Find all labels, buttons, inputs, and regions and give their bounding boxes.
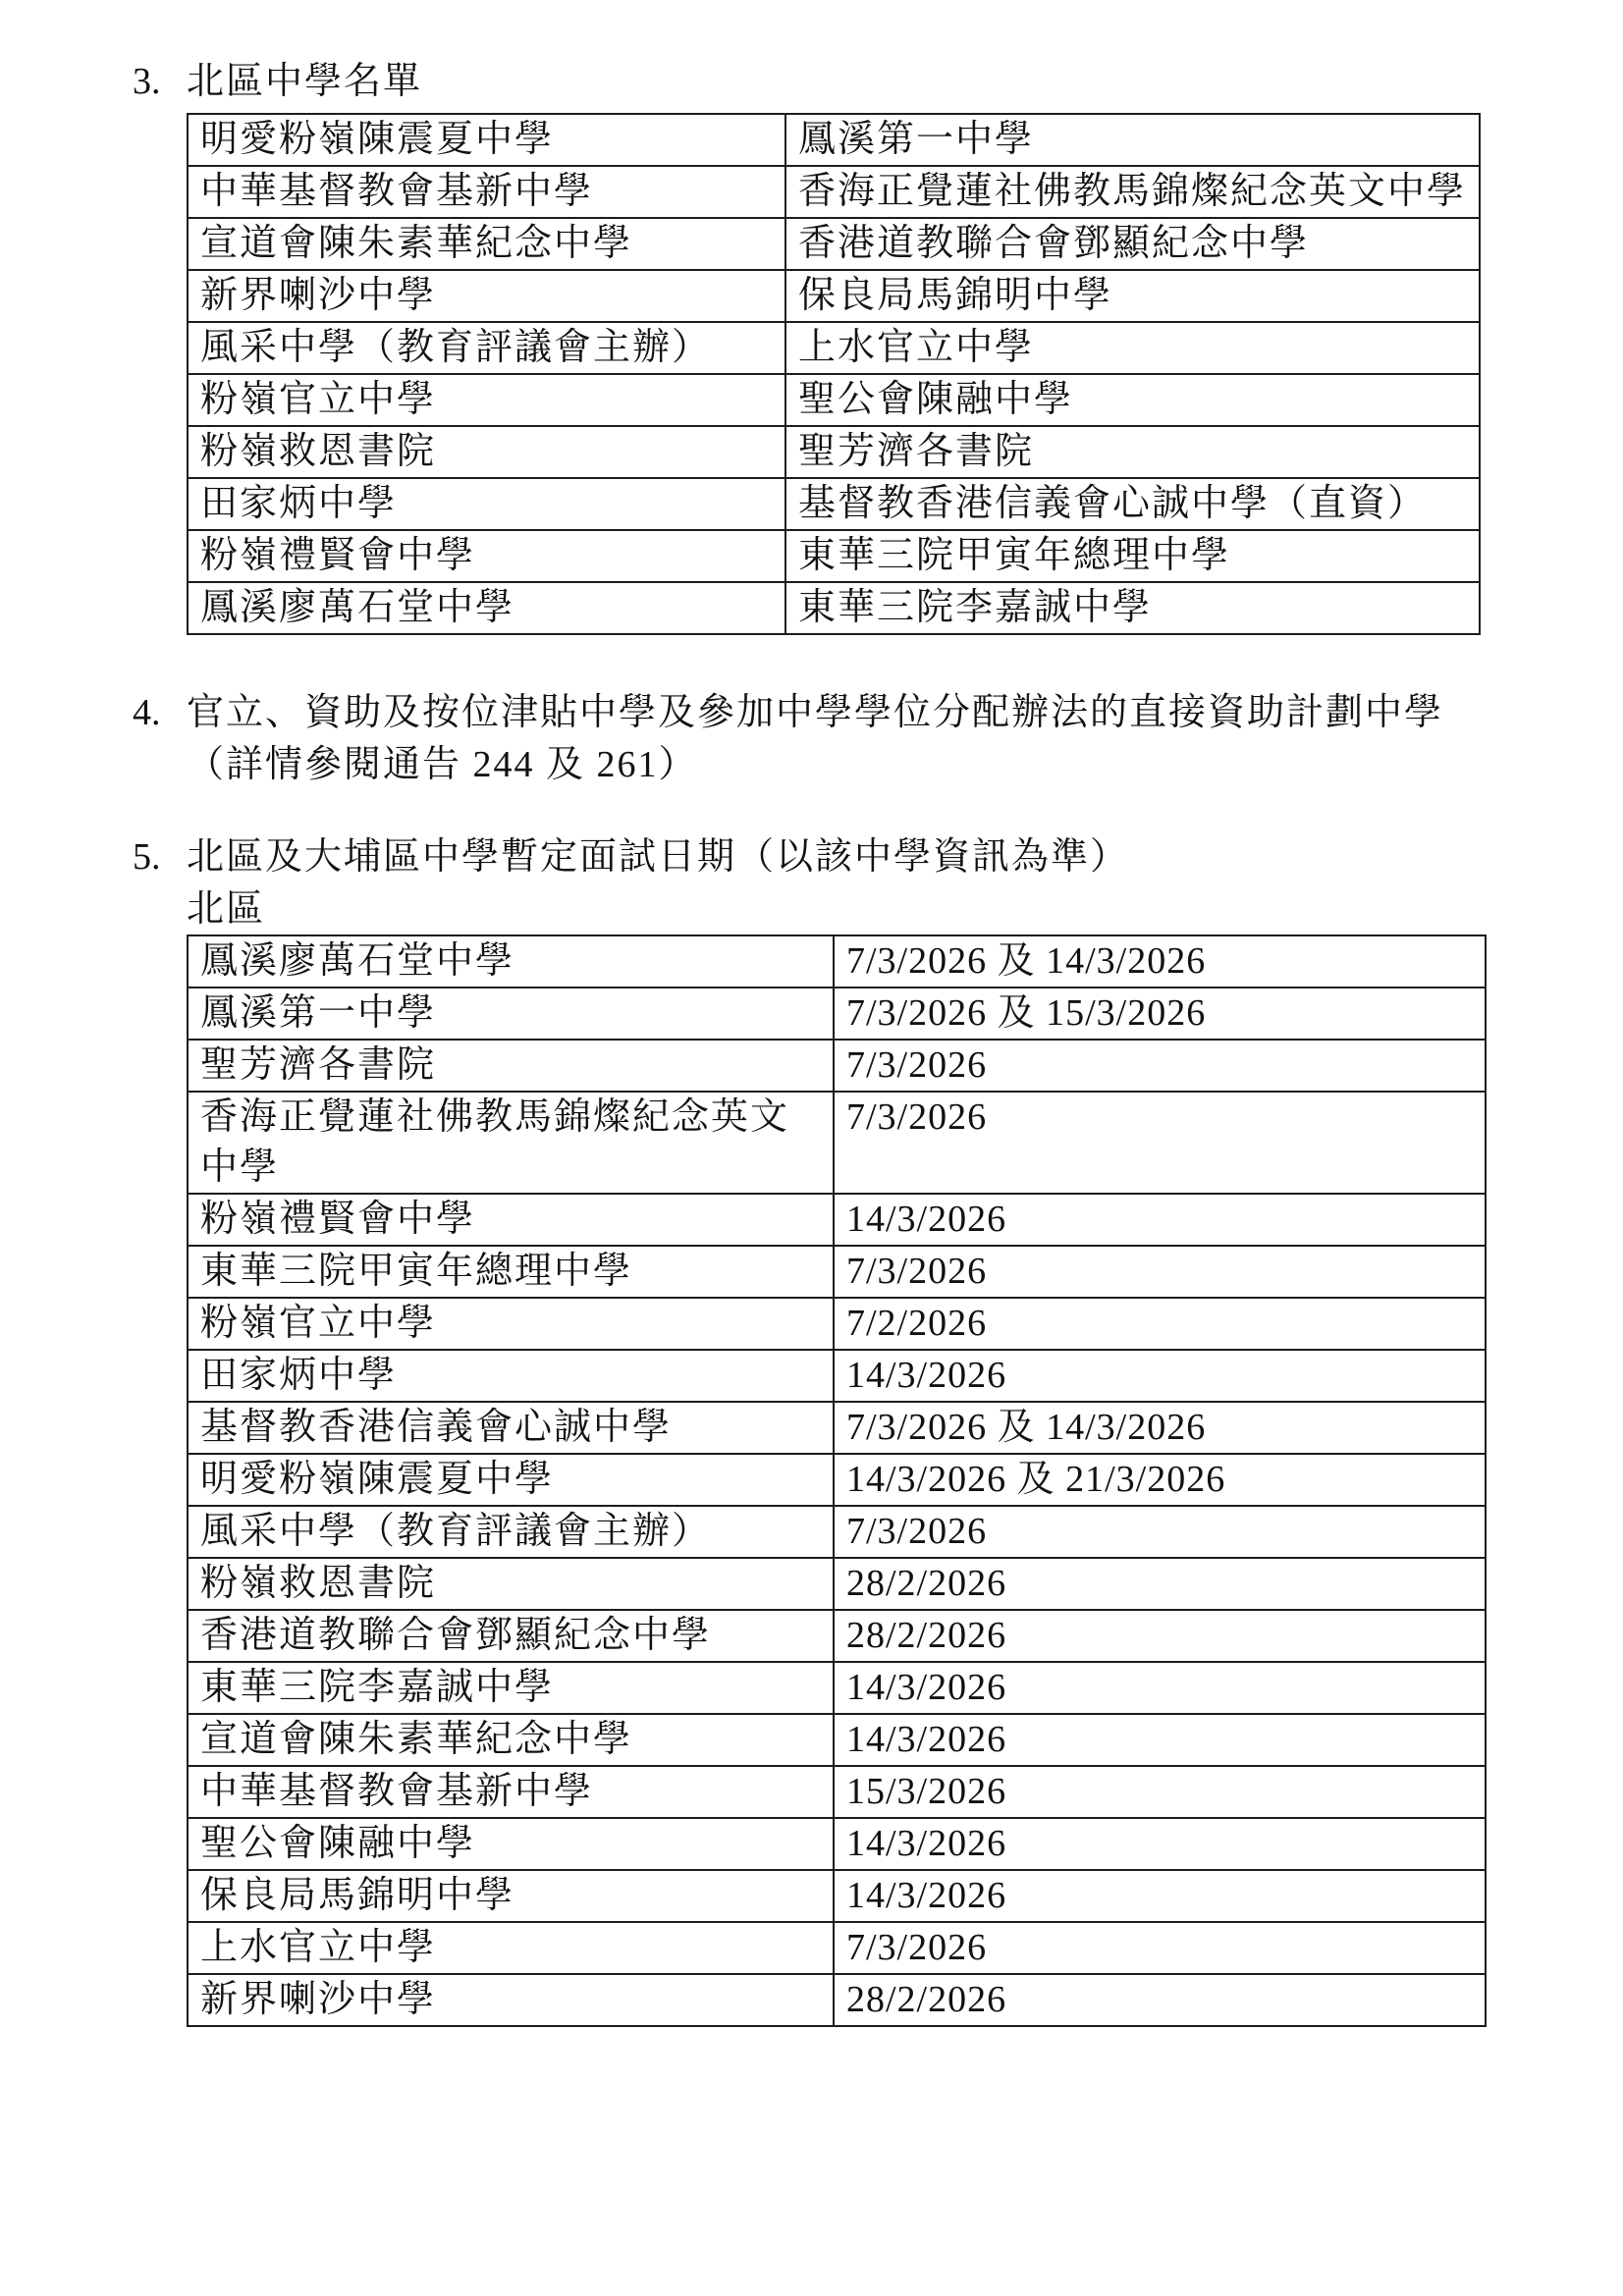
interview-date-cell: 7/3/2026 及 14/3/2026 [834, 935, 1486, 988]
region-label: 北區 [187, 883, 1623, 934]
section-4-paragraph: 4. 官立、資助及按位津貼中學及參加中學學位分配辦法的直接資助計劃中學 （詳情參… [0, 687, 1623, 791]
interview-date-cell: 14/3/2026 [834, 1714, 1486, 1766]
school-name-cell: 粉嶺禮賢會中學 [188, 1194, 834, 1246]
document-page: 3. 北區中學名單 明愛粉嶺陳震夏中學鳳溪第一中學中華基督教會基新中學香海正覺蓮… [0, 0, 1623, 2296]
school-name-cell: 基督教香港信義會心誠中學 [188, 1402, 834, 1454]
table-row: 上水官立中學7/3/2026 [188, 1922, 1486, 1974]
school-name-cell: 上水官立中學 [785, 322, 1480, 374]
school-name-cell: 聖芳濟各書院 [188, 1040, 834, 1092]
table-row: 香港道教聯合會鄧顯紀念中學28/2/2026 [188, 1610, 1486, 1662]
school-name-cell: 香海正覺蓮社佛教馬錦燦紀念英文中學 [785, 166, 1480, 218]
interview-date-cell: 14/3/2026 [834, 1662, 1486, 1714]
section-4-line-1: 官立、資助及按位津貼中學及參加中學學位分配辦法的直接資助計劃中學 [187, 687, 1623, 739]
interview-date-cell: 14/3/2026 及 21/3/2026 [834, 1454, 1486, 1506]
school-name-cell: 粉嶺救恩書院 [188, 426, 785, 478]
section-5-number: 5. [133, 831, 187, 883]
school-name-cell: 新界喇沙中學 [188, 1974, 834, 2026]
table-row: 鳳溪第一中學7/3/2026 及 15/3/2026 [188, 988, 1486, 1040]
school-name-cell: 粉嶺官立中學 [188, 374, 785, 426]
table-row: 粉嶺禮賢會中學14/3/2026 [188, 1194, 1486, 1246]
interview-dates-table: 鳳溪廖萬石堂中學7/3/2026 及 14/3/2026鳳溪第一中學7/3/20… [187, 934, 1487, 2027]
school-name-cell: 中華基督教會基新中學 [188, 1766, 834, 1818]
interview-date-cell: 28/2/2026 [834, 1610, 1486, 1662]
table-row: 聖芳濟各書院7/3/2026 [188, 1040, 1486, 1092]
school-name-cell: 聖公會陳融中學 [188, 1818, 834, 1870]
section-4-number: 4. [133, 687, 187, 739]
school-name-cell: 上水官立中學 [188, 1922, 834, 1974]
school-name-cell: 保良局馬錦明中學 [785, 270, 1480, 322]
section-3-number: 3. [133, 56, 187, 108]
school-name-cell: 粉嶺救恩書院 [188, 1558, 834, 1610]
interview-date-cell: 7/3/2026 [834, 1246, 1486, 1298]
school-name-cell: 東華三院甲寅年總理中學 [188, 1246, 834, 1298]
interview-date-cell: 28/2/2026 [834, 1558, 1486, 1610]
school-name-cell: 鳳溪第一中學 [785, 114, 1480, 166]
interview-date-cell: 7/3/2026 [834, 1040, 1486, 1092]
school-name-cell: 鳳溪第一中學 [188, 988, 834, 1040]
interview-date-cell: 7/3/2026 [834, 1506, 1486, 1558]
interview-date-cell: 14/3/2026 [834, 1870, 1486, 1922]
interview-date-cell: 7/3/2026 及 15/3/2026 [834, 988, 1486, 1040]
section-3-title: 北區中學名單 [187, 56, 1623, 108]
interview-date-cell: 7/3/2026 [834, 1092, 1486, 1194]
table-row: 香海正覺蓮社佛教馬錦燦紀念英文中學7/3/2026 [188, 1092, 1486, 1194]
school-name-cell: 中華基督教會基新中學 [188, 166, 785, 218]
school-name-cell: 基督教香港信義會心誠中學（直資） [785, 478, 1480, 530]
table-row: 東華三院李嘉誠中學14/3/2026 [188, 1662, 1486, 1714]
table-row: 鳳溪廖萬石堂中學7/3/2026 及 14/3/2026 [188, 935, 1486, 988]
table-row: 新界喇沙中學保良局馬錦明中學 [188, 270, 1480, 322]
school-name-cell: 香海正覺蓮社佛教馬錦燦紀念英文中學 [188, 1092, 834, 1194]
table-row: 田家炳中學14/3/2026 [188, 1350, 1486, 1402]
school-name-cell: 東華三院李嘉誠中學 [188, 1662, 834, 1714]
section-4-text: 官立、資助及按位津貼中學及參加中學學位分配辦法的直接資助計劃中學 （詳情參閱通告… [187, 687, 1623, 791]
school-name-cell: 宣道會陳朱素華紀念中學 [188, 1714, 834, 1766]
school-name-cell: 東華三院甲寅年總理中學 [785, 530, 1480, 582]
table-row: 宣道會陳朱素華紀念中學香港道教聯合會鄧顯紀念中學 [188, 218, 1480, 270]
interview-date-cell: 14/3/2026 [834, 1194, 1486, 1246]
school-name-cell: 明愛粉嶺陳震夏中學 [188, 1454, 834, 1506]
school-name-cell: 粉嶺官立中學 [188, 1298, 834, 1350]
table-row: 風采中學（教育評議會主辦）上水官立中學 [188, 322, 1480, 374]
table-row: 東華三院甲寅年總理中學7/3/2026 [188, 1246, 1486, 1298]
interview-date-cell: 7/3/2026 [834, 1922, 1486, 1974]
section-5-title: 北區及大埔區中學暫定面試日期（以該中學資訊為準） [187, 831, 1623, 883]
school-name-cell: 香港道教聯合會鄧顯紀念中學 [188, 1610, 834, 1662]
interview-date-cell: 14/3/2026 [834, 1350, 1486, 1402]
section-5-heading: 5. 北區及大埔區中學暫定面試日期（以該中學資訊為準） 北區 [0, 831, 1623, 934]
table-row: 中華基督教會基新中學15/3/2026 [188, 1766, 1486, 1818]
interview-date-cell: 15/3/2026 [834, 1766, 1486, 1818]
school-name-cell: 新界喇沙中學 [188, 270, 785, 322]
table-row: 粉嶺官立中學聖公會陳融中學 [188, 374, 1480, 426]
table-row: 保良局馬錦明中學14/3/2026 [188, 1870, 1486, 1922]
table-row: 田家炳中學基督教香港信義會心誠中學（直資） [188, 478, 1480, 530]
table-row: 明愛粉嶺陳震夏中學14/3/2026 及 21/3/2026 [188, 1454, 1486, 1506]
table-row: 宣道會陳朱素華紀念中學14/3/2026 [188, 1714, 1486, 1766]
section-3-heading: 3. 北區中學名單 [0, 56, 1623, 108]
school-name-cell: 保良局馬錦明中學 [188, 1870, 834, 1922]
table-row: 中華基督教會基新中學香海正覺蓮社佛教馬錦燦紀念英文中學 [188, 166, 1480, 218]
school-name-cell: 風采中學（教育評議會主辦） [188, 1506, 834, 1558]
north-district-school-list-table: 明愛粉嶺陳震夏中學鳳溪第一中學中華基督教會基新中學香海正覺蓮社佛教馬錦燦紀念英文… [187, 113, 1481, 635]
school-name-cell: 宣道會陳朱素華紀念中學 [188, 218, 785, 270]
interview-table-body: 鳳溪廖萬石堂中學7/3/2026 及 14/3/2026鳳溪第一中學7/3/20… [188, 935, 1486, 2026]
table-row: 明愛粉嶺陳震夏中學鳳溪第一中學 [188, 114, 1480, 166]
section-4-line-2: （詳情參閱通告 244 及 261） [187, 739, 1623, 791]
school-name-cell: 鳳溪廖萬石堂中學 [188, 582, 785, 634]
school-name-cell: 風采中學（教育評議會主辦） [188, 322, 785, 374]
table-row: 新界喇沙中學28/2/2026 [188, 1974, 1486, 2026]
school-list-table-body: 明愛粉嶺陳震夏中學鳳溪第一中學中華基督教會基新中學香海正覺蓮社佛教馬錦燦紀念英文… [188, 114, 1480, 634]
interview-date-cell: 14/3/2026 [834, 1818, 1486, 1870]
school-name-cell: 聖公會陳融中學 [785, 374, 1480, 426]
section-5-body: 北區及大埔區中學暫定面試日期（以該中學資訊為準） 北區 [187, 831, 1623, 934]
interview-date-cell: 7/2/2026 [834, 1298, 1486, 1350]
school-name-cell: 粉嶺禮賢會中學 [188, 530, 785, 582]
school-name-cell: 田家炳中學 [188, 1350, 834, 1402]
table-row: 基督教香港信義會心誠中學7/3/2026 及 14/3/2026 [188, 1402, 1486, 1454]
school-name-cell: 明愛粉嶺陳震夏中學 [188, 114, 785, 166]
school-name-cell: 鳳溪廖萬石堂中學 [188, 935, 834, 988]
table-row: 聖公會陳融中學14/3/2026 [188, 1818, 1486, 1870]
interview-date-cell: 28/2/2026 [834, 1974, 1486, 2026]
interview-date-cell: 7/3/2026 及 14/3/2026 [834, 1402, 1486, 1454]
school-name-cell: 田家炳中學 [188, 478, 785, 530]
table-row: 粉嶺救恩書院28/2/2026 [188, 1558, 1486, 1610]
table-row: 粉嶺官立中學7/2/2026 [188, 1298, 1486, 1350]
table-row: 粉嶺禮賢會中學東華三院甲寅年總理中學 [188, 530, 1480, 582]
table-row: 鳳溪廖萬石堂中學東華三院李嘉誠中學 [188, 582, 1480, 634]
school-name-cell: 香港道教聯合會鄧顯紀念中學 [785, 218, 1480, 270]
school-name-cell: 東華三院李嘉誠中學 [785, 582, 1480, 634]
table-row: 粉嶺救恩書院聖芳濟各書院 [188, 426, 1480, 478]
school-name-cell: 聖芳濟各書院 [785, 426, 1480, 478]
table-row: 風采中學（教育評議會主辦）7/3/2026 [188, 1506, 1486, 1558]
